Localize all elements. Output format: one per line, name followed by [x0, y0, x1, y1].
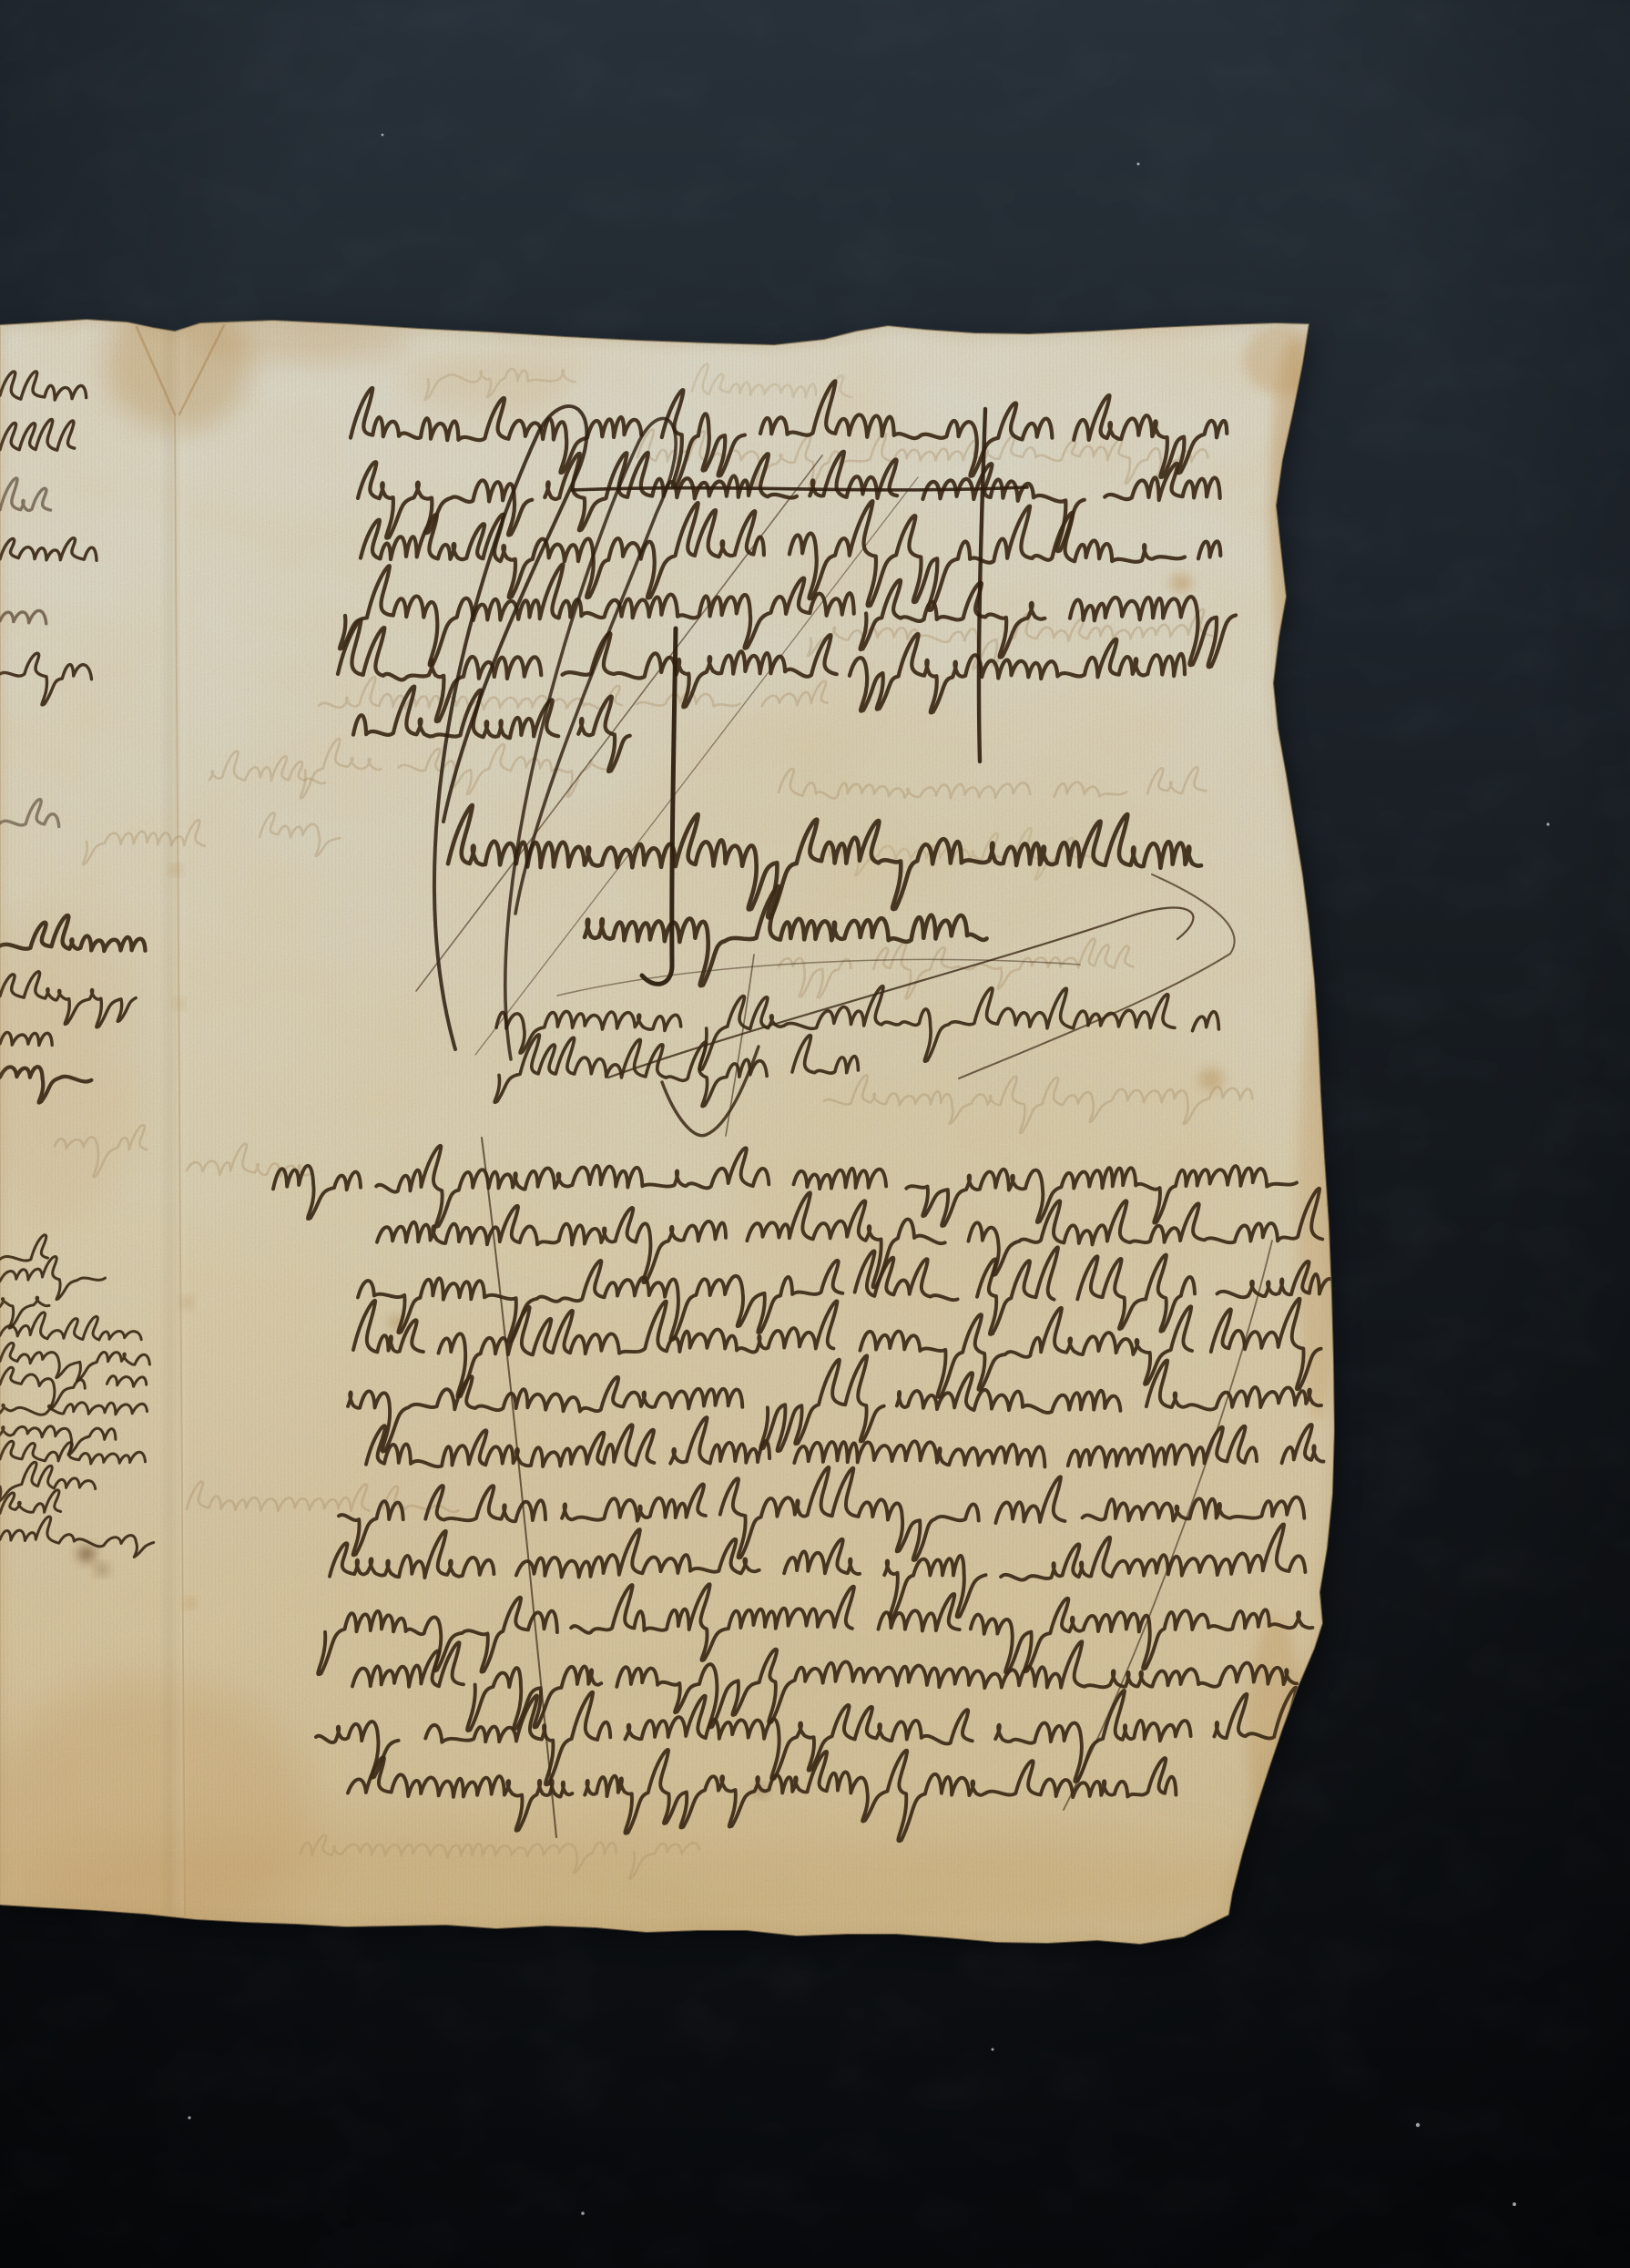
- dust-speck: [382, 134, 384, 137]
- manuscript-svg: [0, 0, 1630, 2268]
- dust-speck: [992, 2048, 994, 2051]
- dust-speck: [581, 2212, 585, 2215]
- dust-speck: [1416, 2123, 1420, 2127]
- manuscript-photograph: Photograph of an early-modern handwritte…: [0, 0, 1630, 2268]
- dust-speck: [1513, 2202, 1516, 2206]
- dust-speck: [1137, 163, 1140, 166]
- dust-speck: [1546, 822, 1549, 825]
- dust-speck: [188, 2116, 190, 2119]
